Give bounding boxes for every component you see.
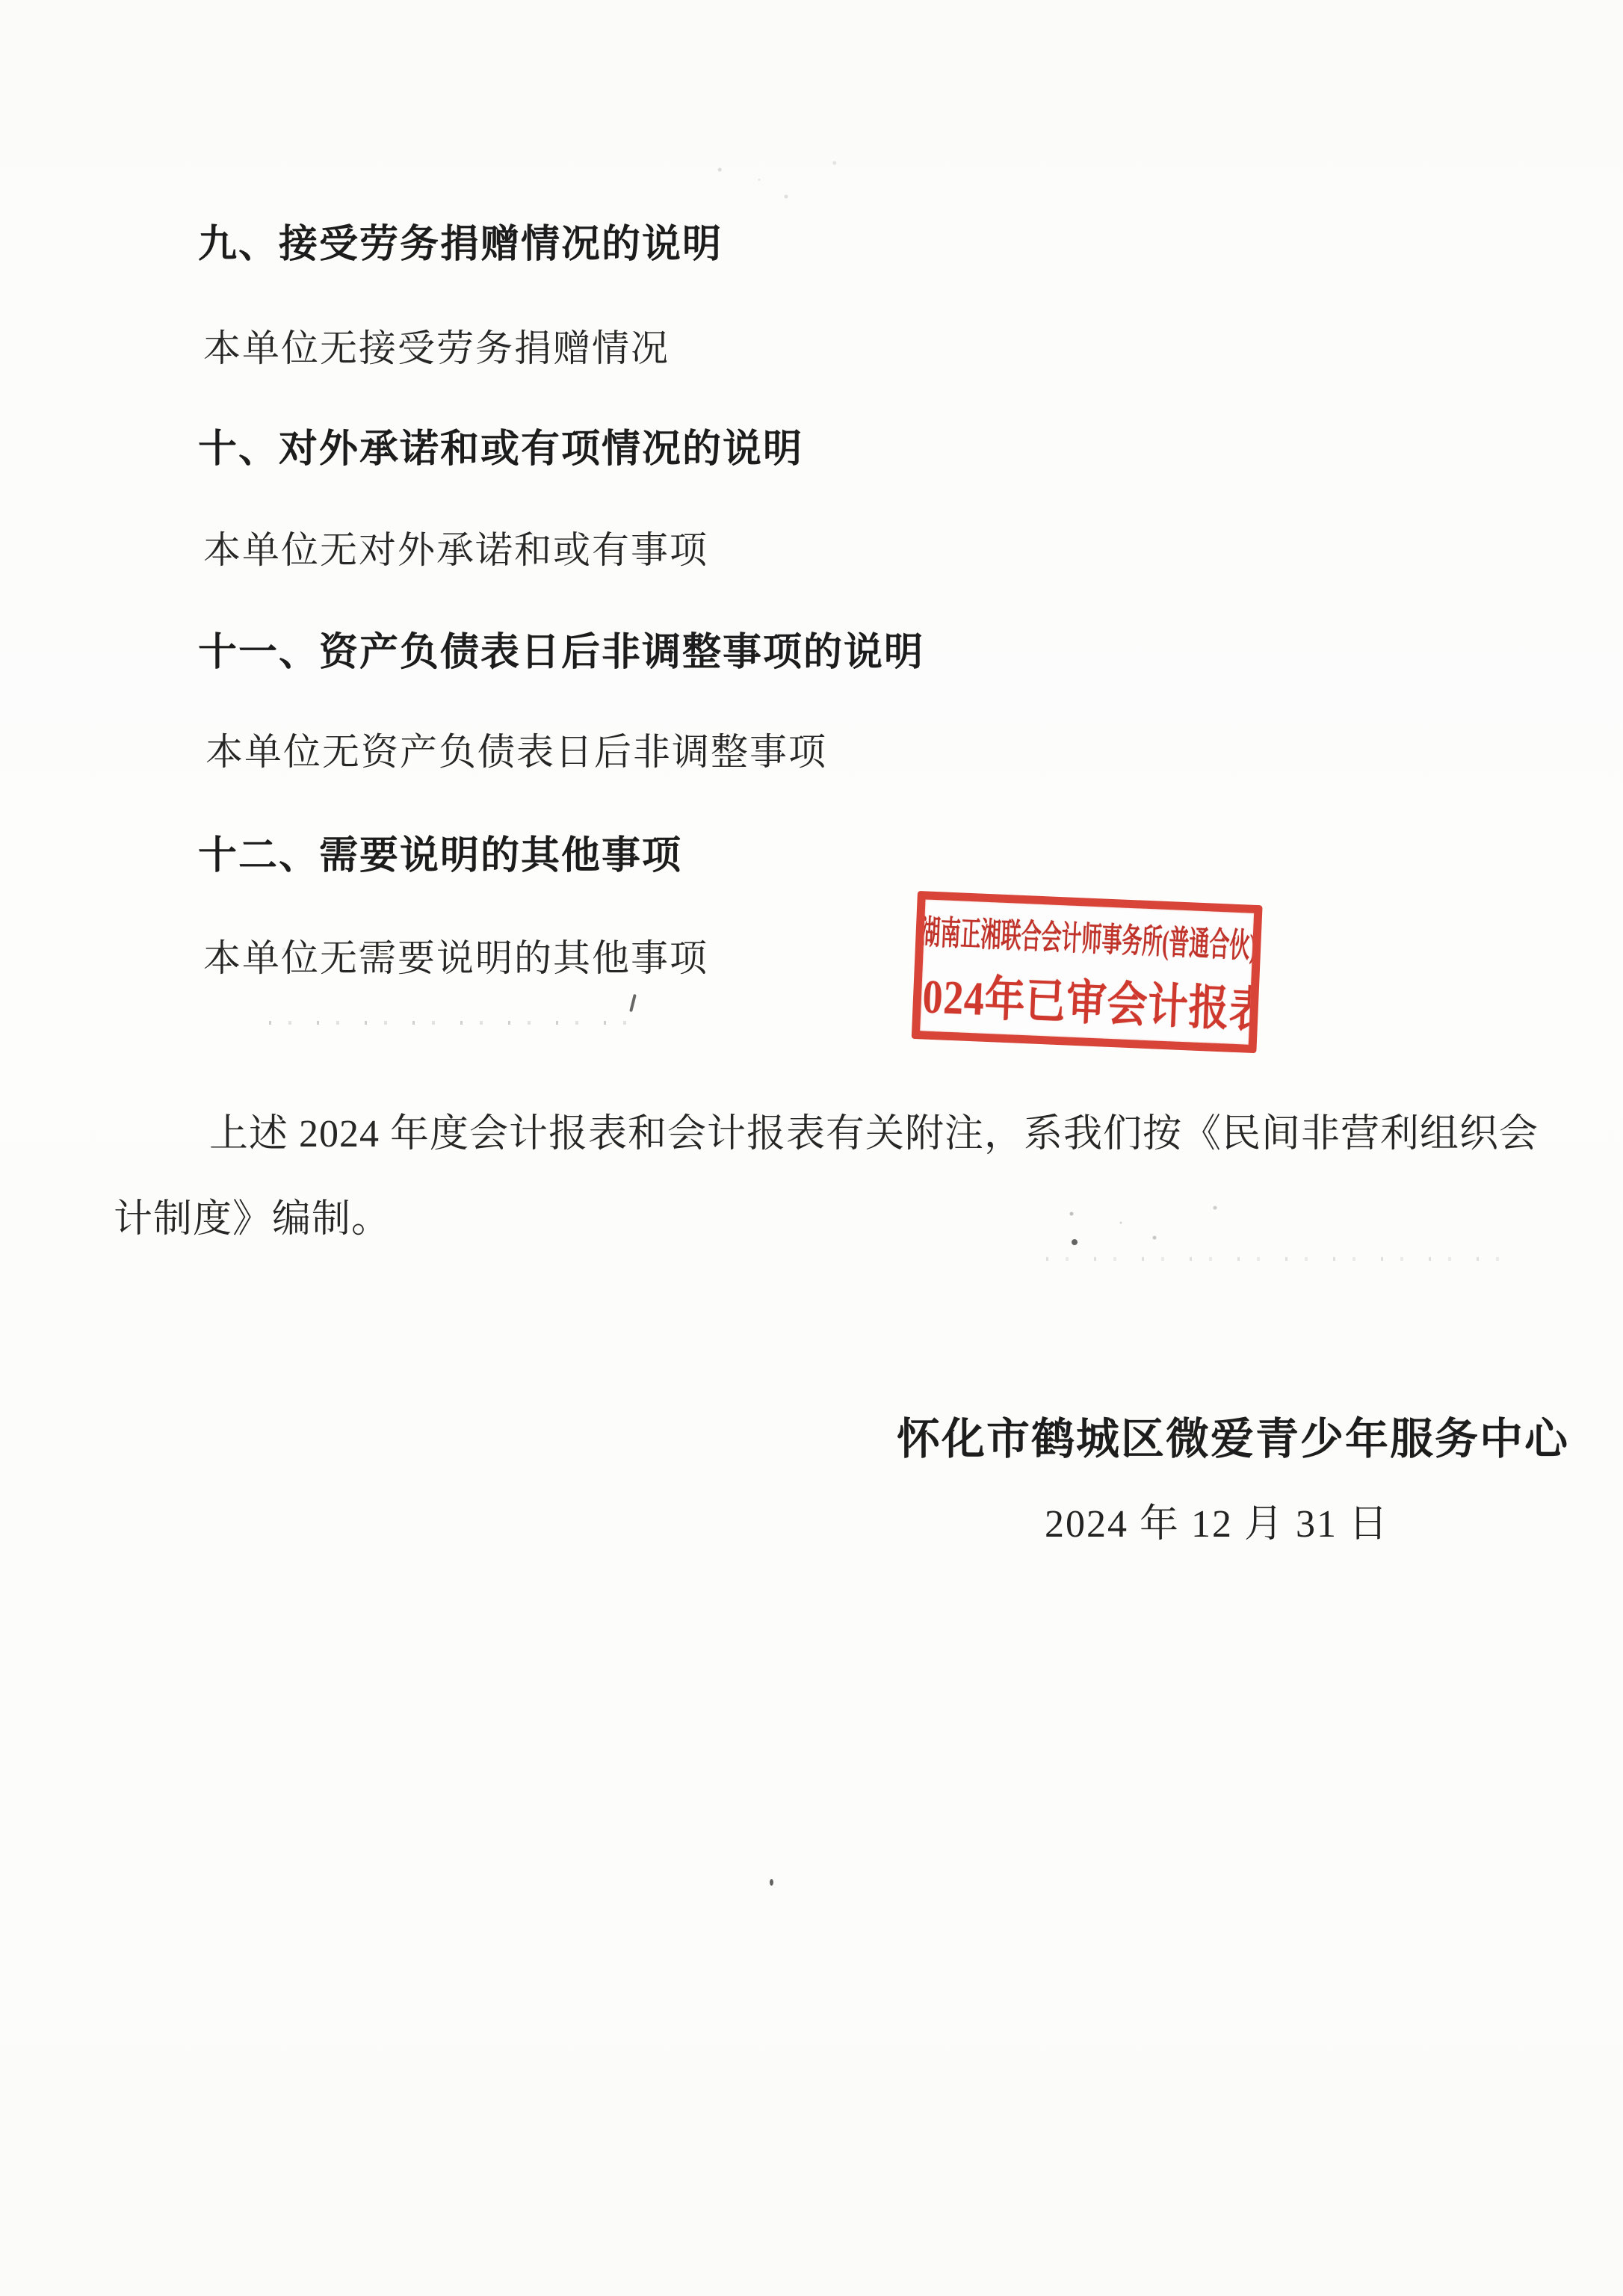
closing-paragraph-line-2: 计制度》编制。 [114,1197,391,1242]
section-9-heading: 九、接受劳务捐赠情况的说明 [198,223,723,268]
section-9-body: 本单位无接受劳务捐赠情况 [203,327,670,371]
audit-stamp: 湖南正湘联合会计师事务所(普通合伙) 2024年已审会计报表 [912,891,1263,1053]
section-10-heading: 十、对外承诺和或有项情况的说明 [198,428,803,472]
scan-mark-dash-row-right [1046,1257,1524,1261]
scanned-document-page: 九、接受劳务捐赠情况的说明 本单位无接受劳务捐赠情况 十、对外承诺和或有项情况的… [0,0,1623,2296]
audit-stamp-firm-name: 湖南正湘联合会计师事务所(普通合伙) [920,904,1258,967]
signature-date: 2024 年 12 月 31 日 [1045,1502,1389,1547]
closing-paragraph-line-1: 上述 2024 年度会计报表和会计报表有关附注，系我们按《民间非营利组织会 [209,1112,1539,1157]
audit-stamp-year-text: 2024年已审会计报表 [912,957,1263,1041]
scan-mark-dash-row-left [269,1021,643,1025]
scan-mark-above-body4 [263,948,427,951]
scan-mark-tick [629,994,637,1012]
scan-mark-cluster-right [1031,1196,1255,1256]
section-12-body: 本单位无需要说明的其他事项 [203,937,708,981]
section-10-body: 本单位无对外承诺和或有事项 [203,529,708,573]
section-11-heading: 十一、资产负债表日后非调整事项的说明 [198,631,924,676]
scan-mark-top [687,149,867,217]
organization-name: 怀化市鹤城区微爱青少年服务中心 [897,1415,1569,1465]
section-11-body: 本单位无资产负债表日后非调整事项 [205,731,827,774]
scan-mark-speck-1 [1072,1239,1078,1245]
section-12-heading: 十二、需要说明的其他事项 [198,834,682,879]
scan-mark-speck-2 [770,1879,773,1886]
